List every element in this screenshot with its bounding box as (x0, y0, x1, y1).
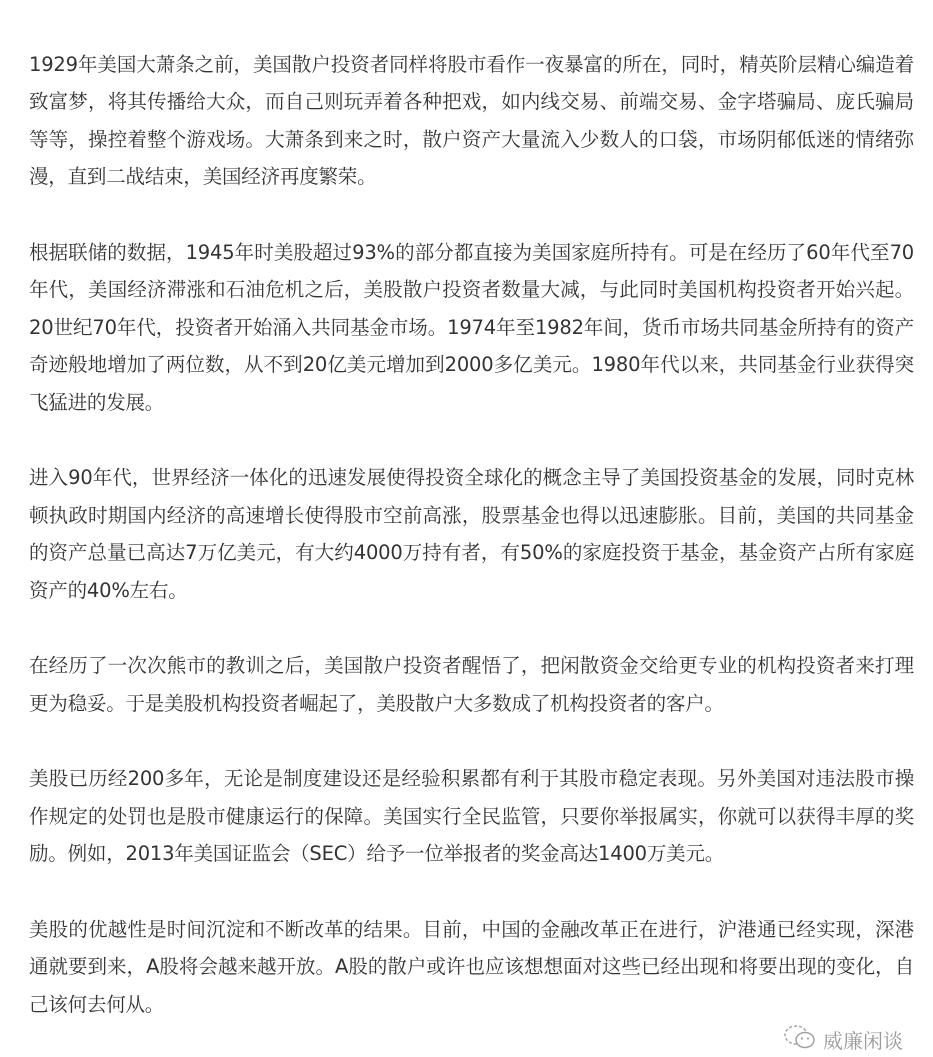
paragraph-conclusion: 美股的优越性是时间沉淀和不断改革的结果。目前，中国的金融改革正在进行，沪港通已经… (29, 911, 914, 1024)
wechat-icon (783, 1024, 817, 1055)
paragraph-institutional-investors: 在经历了一次次熊市的教训之后，美国散户投资者醒悟了，把闲散资金交给更专业的机构投… (29, 647, 914, 722)
paragraph-great-depression: 1929年美国大萧条之前，美国散户投资者同样将股市看作一夜暴富的所在，同时，精英… (29, 46, 914, 196)
paragraph-1990s: 进入90年代，世界经济一体化的迅速发展使得投资全球化的概念主导了美国投资基金的发… (29, 459, 914, 609)
watermark: 威廉闲谈 (781, 1024, 905, 1055)
article-body: 3、美股散户都去哪了？ 1929年美国大萧条之前，美国散户投资者同样将股市看作一… (29, 0, 914, 1057)
watermark-label: 威廉闲谈 (823, 1025, 903, 1054)
section-heading: 3、美股散户都去哪了？ (29, 0, 914, 8)
paragraph-regulation: 美股已历经200多年，无论是制度建设还是经验积累都有利于其股市稳定表现。另外美国… (29, 760, 914, 873)
paragraph-fed-data: 根据联储的数据，1945年时美股超过93%的部分都直接为美国家庭所持有。可是在经… (29, 234, 914, 422)
